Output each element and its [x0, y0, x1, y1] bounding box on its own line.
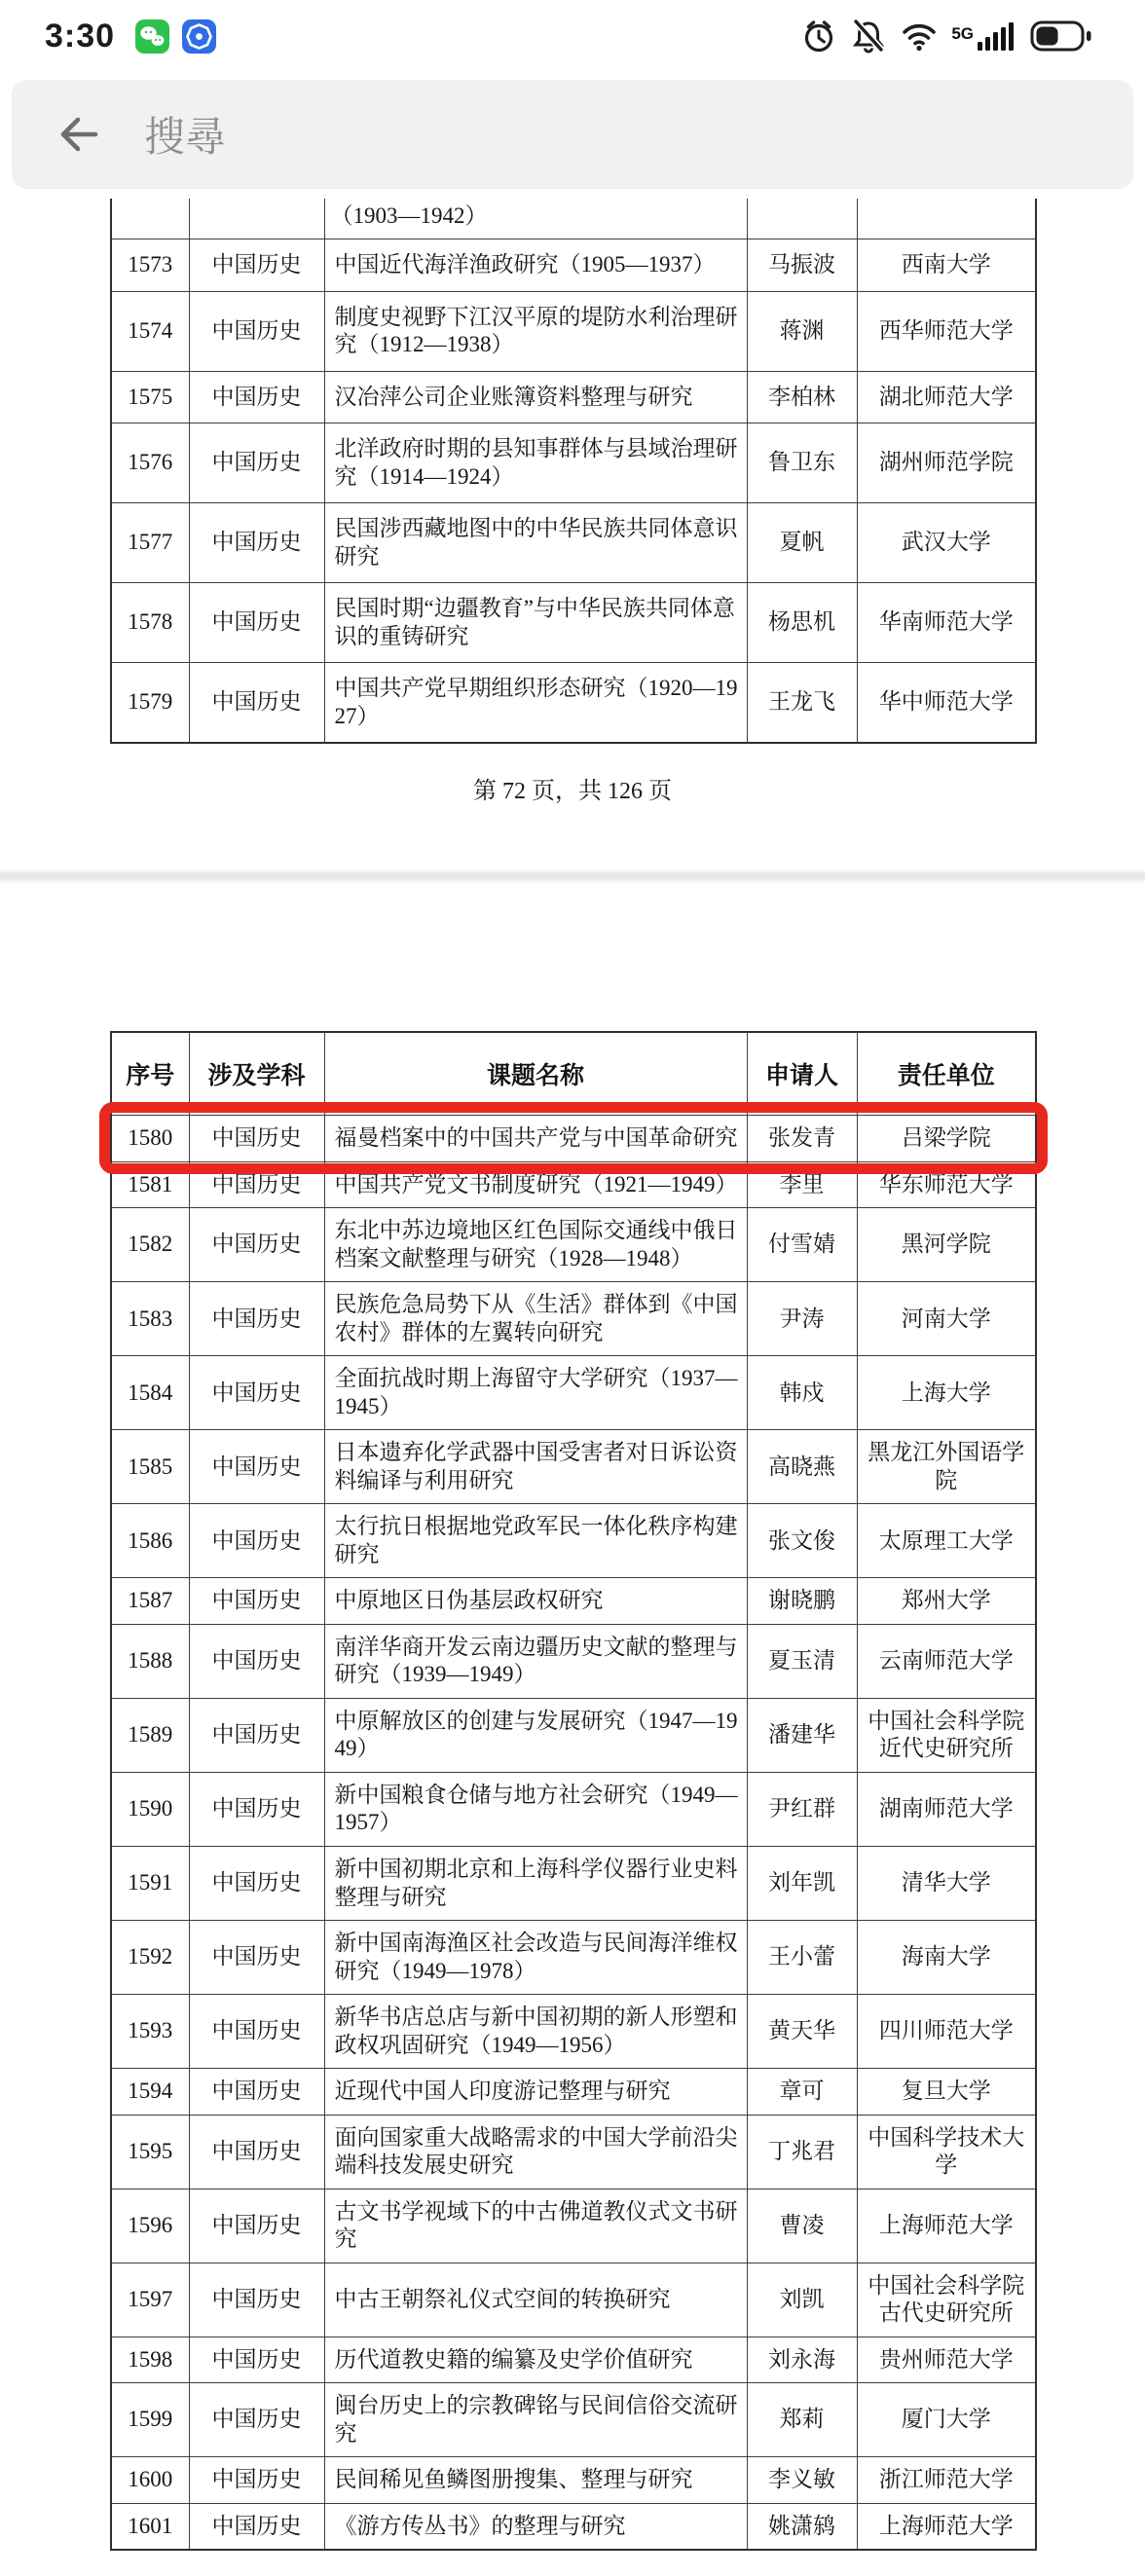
search-header: 搜尋 — [12, 80, 1133, 189]
cell-unit: 武汉大学 — [857, 503, 1036, 583]
cell-no: 1575 — [111, 371, 189, 423]
table-row: 1595中国历史面向国家重大战略需求的中国大学前沿尖端科技发展史研究丁兆君中国科… — [111, 2115, 1036, 2189]
cell-unit: 四川师范大学 — [857, 1995, 1036, 2069]
table-row: 1594中国历史近现代中国人印度游记整理与研究章可复旦大学 — [111, 2069, 1036, 2116]
cell-applicant: 夏玉清 — [747, 1624, 857, 1698]
cell-title: 面向国家重大战略需求的中国大学前沿尖端科技发展史研究 — [324, 2115, 747, 2189]
cell-unit: 云南师范大学 — [857, 1624, 1036, 1698]
cell-subject: 中国历史 — [189, 239, 324, 292]
cell-applicant: 马振波 — [747, 239, 857, 292]
page-break — [0, 869, 1145, 883]
cell-title: 汉冶萍公司企业账簿资料整理与研究 — [324, 371, 747, 423]
wechat-app-icon — [134, 18, 170, 55]
cell-unit: 上海师范大学 — [857, 2503, 1036, 2550]
cell-no: 1580 — [111, 1116, 189, 1162]
cell-no: 1574 — [111, 291, 189, 371]
cell-unit: 中国社会科学院近代史研究所 — [857, 1698, 1036, 1772]
cell-unit: 贵州师范大学 — [857, 2337, 1036, 2383]
cell-no: 1582 — [111, 1208, 189, 1282]
cell-title: （1903—1942） — [324, 199, 747, 239]
cell-applicant: 刘凯 — [747, 2263, 857, 2337]
cell-subject: 中国历史 — [189, 1772, 324, 1846]
cell-title: 北洋政府时期的县知事群体与县域治理研究（1914—1924） — [324, 423, 747, 503]
cell-no: 1587 — [111, 1578, 189, 1625]
cell-applicant: 丁兆君 — [747, 2115, 857, 2189]
cell-subject: 中国历史 — [189, 2503, 324, 2550]
cell-no: 1596 — [111, 2189, 189, 2263]
cell-subject: 中国历史 — [189, 1698, 324, 1772]
cell-unit: 中国科学技术大学 — [857, 2115, 1036, 2189]
cell-title: 全面抗战时期上海留守大学研究（1937—1945） — [324, 1356, 747, 1430]
table-row: 1587中国历史中原地区日伪基层政权研究谢晓鹏郑州大学 — [111, 1578, 1036, 1625]
page-title: 搜尋 — [144, 105, 226, 164]
cell-no: 1592 — [111, 1921, 189, 1995]
cell-no: 1597 — [111, 2263, 189, 2337]
cell-unit: 太原理工大学 — [857, 1504, 1036, 1578]
cell-unit: 上海师范大学 — [857, 2189, 1036, 2263]
table-row: 1591中国历史新中国初期北京和上海科学仪器行业史料整理与研究刘年凯清华大学 — [111, 1846, 1036, 1920]
cell-applicant: 鲁卫东 — [747, 423, 857, 503]
table-row: 1589中国历史中原解放区的创建与发展研究（1947—1949）潘建华中国社会科… — [111, 1698, 1036, 1772]
cell-no: 1577 — [111, 503, 189, 583]
cell-applicant: 黄天华 — [747, 1995, 857, 2069]
cell-unit — [857, 199, 1036, 239]
cell-title: 南洋华商开发云南边疆历史文献的整理与研究（1939—1949） — [324, 1624, 747, 1698]
cell-applicant: 高晓燕 — [747, 1430, 857, 1504]
table-row: 1590中国历史新中国粮食仓储与地方社会研究（1949—1957）尹红群湖南师范… — [111, 1772, 1036, 1846]
cell-subject: 中国历史 — [189, 2189, 324, 2263]
cell-subject: 中国历史 — [189, 2069, 324, 2116]
cell-subject: 中国历史 — [189, 1846, 324, 1920]
cell-no — [111, 199, 189, 239]
table-row: 1599中国历史闽台历史上的宗教碑铭与民间信俗交流研究郑莉厦门大学 — [111, 2383, 1036, 2457]
table-row: 1576中国历史北洋政府时期的县知事群体与县域治理研究（1914—1924）鲁卫… — [111, 423, 1036, 503]
cell-subject: 中国历史 — [189, 2337, 324, 2383]
cell-applicant: 姚潇鸫 — [747, 2503, 857, 2550]
cell-unit: 河南大学 — [857, 1282, 1036, 1356]
cell-no: 1599 — [111, 2383, 189, 2457]
table-row: 1592中国历史新中国南海渔区社会改造与民间海洋维权研究（1949—1978）王… — [111, 1921, 1036, 1995]
cell-title: 新华书店总店与新中国初期的新人形塑和政权巩固研究（1949—1956） — [324, 1995, 747, 2069]
cell-applicant: 张发青 — [747, 1116, 857, 1162]
cell-subject: 中国历史 — [189, 2263, 324, 2337]
cell-no: 1593 — [111, 1995, 189, 2069]
cell-subject: 中国历史 — [189, 1995, 324, 2069]
table-row: 1588中国历史南洋华商开发云南边疆历史文献的整理与研究（1939—1949）夏… — [111, 1624, 1036, 1698]
cell-title: 中原地区日伪基层政权研究 — [324, 1578, 747, 1625]
col-header-unit: 责任单位 — [857, 1032, 1036, 1116]
col-header-no: 序号 — [111, 1032, 189, 1116]
cell-subject: 中国历史 — [189, 1208, 324, 1282]
page-number-footer: 第 72 页，共 126 页 — [0, 771, 1145, 805]
table-row: 1585中国历史日本遗弃化学武器中国受害者对日诉讼资料编译与利用研究高晓燕黑龙江… — [111, 1430, 1036, 1504]
table-row: 1586中国历史太行抗日根据地党政军民一体化秩序构建研究张文俊太原理工大学 — [111, 1504, 1036, 1578]
cell-applicant: 韩戍 — [747, 1356, 857, 1430]
table-row: 1580中国历史福曼档案中的中国共产党与中国革命研究张发青吕梁学院 — [111, 1116, 1036, 1162]
table-row: 1578中国历史民国时期“边疆教育”与中华民族共同体意识的重铸研究杨思机华南师范… — [111, 583, 1036, 663]
cell-unit: 西南大学 — [857, 239, 1036, 292]
cell-no: 1585 — [111, 1430, 189, 1504]
cell-applicant: 李柏林 — [747, 371, 857, 423]
cell-title: 太行抗日根据地党政军民一体化秩序构建研究 — [324, 1504, 747, 1578]
cell-title: 民族危急局势下从《生活》群体到《中国农村》群体的左翼转向研究 — [324, 1282, 747, 1356]
cell-title: 日本遗弃化学武器中国受害者对日诉讼资料编译与利用研究 — [324, 1430, 747, 1504]
cell-subject: 中国历史 — [189, 291, 324, 371]
clock-label: 3:30 — [45, 18, 115, 55]
cell-applicant: 潘建华 — [747, 1698, 857, 1772]
cell-unit: 华东师范大学 — [857, 1161, 1036, 1208]
cell-subject: 中国历史 — [189, 583, 324, 663]
bell-off-icon — [850, 18, 887, 55]
cell-unit: 郑州大学 — [857, 1578, 1036, 1625]
table-row: 1582中国历史东北中苏边境地区红色国际交通线中俄日档案文献整理与研究（1928… — [111, 1208, 1036, 1282]
status-bar: 3:30 — [0, 0, 1145, 64]
cell-title: 新中国粮食仓储与地方社会研究（1949—1957） — [324, 1772, 747, 1846]
cell-title: 民国时期“边疆教育”与中华民族共同体意识的重铸研究 — [324, 583, 747, 663]
table-row: 1596中国历史古文书学视域下的中古佛道教仪式文书研究曹凌上海师范大学 — [111, 2189, 1036, 2263]
cell-subject: 中国历史 — [189, 1430, 324, 1504]
cell-title: 《游方传丛书》的整理与研究 — [324, 2503, 747, 2550]
cell-no: 1573 — [111, 239, 189, 292]
wifi-icon — [900, 18, 939, 54]
cell-no: 1588 — [111, 1624, 189, 1698]
cell-applicant: 王小蕾 — [747, 1921, 857, 1995]
cell-unit: 复旦大学 — [857, 2069, 1036, 2116]
table-row: 1577中国历史民国涉西藏地图中的中华民族共同体意识研究夏帆武汉大学 — [111, 503, 1036, 583]
cell-no: 1600 — [111, 2457, 189, 2504]
cell-no: 1598 — [111, 2337, 189, 2383]
back-button[interactable] — [53, 111, 103, 158]
cell-title: 新中国初期北京和上海科学仪器行业史料整理与研究 — [324, 1846, 747, 1920]
cell-no: 1579 — [111, 663, 189, 744]
table-row: 1581中国历史中国共产党文书制度研究（1921—1949）李里华东师范大学 — [111, 1161, 1036, 1208]
network-type-label: 5G — [951, 25, 974, 42]
cell-subject: 中国历史 — [189, 2115, 324, 2189]
cell-no: 1581 — [111, 1161, 189, 1208]
table-row: 1600中国历史民间稀见鱼鳞图册搜集、整理与研究李义敏浙江师范大学 — [111, 2457, 1036, 2504]
cell-applicant: 蒋渊 — [747, 291, 857, 371]
cell-applicant: 王龙飞 — [747, 663, 857, 744]
cell-subject: 中国历史 — [189, 2383, 324, 2457]
cell-unit: 西华师范大学 — [857, 291, 1036, 371]
cell-subject: 中国历史 — [189, 1116, 324, 1162]
cell-applicant: 李里 — [747, 1161, 857, 1208]
cell-unit: 中国社会科学院古代史研究所 — [857, 2263, 1036, 2337]
page-top-margin — [0, 883, 1145, 1031]
cell-no: 1590 — [111, 1772, 189, 1846]
cell-title: 闽台历史上的宗教碑铭与民间信俗交流研究 — [324, 2383, 747, 2457]
cell-no: 1576 — [111, 423, 189, 503]
battery-icon — [1030, 19, 1092, 53]
document-viewer[interactable]: （1903—1942） 1573中国历史中国近代海洋渔政研究（1905—1937… — [0, 189, 1145, 2576]
cell-title: 制度史视野下江汉平原的堤防水利治理研究（1912—1938） — [324, 291, 747, 371]
cell-subject: 中国历史 — [189, 503, 324, 583]
cell-title: 中原解放区的创建与发展研究（1947—1949） — [324, 1698, 747, 1772]
cell-subject — [189, 199, 324, 239]
cell-applicant: 付雪婧 — [747, 1208, 857, 1282]
cell-title: 古文书学视域下的中古佛道教仪式文书研究 — [324, 2189, 747, 2263]
cell-unit: 华中师范大学 — [857, 663, 1036, 744]
back-arrow-icon — [53, 111, 103, 158]
table-row: 1597中国历史中古王朝祭礼仪式空间的转换研究刘凯中国社会科学院古代史研究所 — [111, 2263, 1036, 2337]
cell-no: 1586 — [111, 1504, 189, 1578]
cell-unit: 湖北师范大学 — [857, 371, 1036, 423]
col-header-title: 课题名称 — [324, 1032, 747, 1116]
cell-subject: 中国历史 — [189, 1504, 324, 1578]
cell-applicant: 张文俊 — [747, 1504, 857, 1578]
col-header-applicant: 申请人 — [747, 1032, 857, 1116]
cell-subject: 中国历史 — [189, 1282, 324, 1356]
cell-no: 1584 — [111, 1356, 189, 1430]
cell-no: 1595 — [111, 2115, 189, 2189]
cell-title: 东北中苏边境地区红色国际交通线中俄日档案文献整理与研究（1928—1948） — [324, 1208, 747, 1282]
cell-no: 1589 — [111, 1698, 189, 1772]
cell-applicant: 章可 — [747, 2069, 857, 2116]
cell-applicant: 郑莉 — [747, 2383, 857, 2457]
cell-no: 1594 — [111, 2069, 189, 2116]
table-row: 1601中国历史《游方传丛书》的整理与研究姚潇鸫上海师范大学 — [111, 2503, 1036, 2550]
table-row-partial: （1903—1942） — [111, 199, 1036, 239]
table-row: 1579中国历史中国共产党早期组织形态研究（1920—1927）王龙飞华中师范大… — [111, 663, 1036, 744]
signal-bars-icon — [977, 18, 1017, 54]
cell-no: 1583 — [111, 1282, 189, 1356]
cell-applicant: 曹凌 — [747, 2189, 857, 2263]
cell-title: 中国共产党文书制度研究（1921—1949） — [324, 1161, 747, 1208]
cell-subject: 中国历史 — [189, 1921, 324, 1995]
cell-subject: 中国历史 — [189, 423, 324, 503]
cell-no: 1601 — [111, 2503, 189, 2550]
cell-unit: 黑龙江外国语学院 — [857, 1430, 1036, 1504]
cell-title: 民间稀见鱼鳞图册搜集、整理与研究 — [324, 2457, 747, 2504]
table-row: 1575中国历史汉冶萍公司企业账簿资料整理与研究李柏林湖北师范大学 — [111, 371, 1036, 423]
cell-applicant: 杨思机 — [747, 583, 857, 663]
cell-no: 1578 — [111, 583, 189, 663]
cell-applicant — [747, 199, 857, 239]
cell-applicant: 夏帆 — [747, 503, 857, 583]
cell-title: 中古王朝祭礼仪式空间的转换研究 — [324, 2263, 747, 2337]
cell-title: 民国涉西藏地图中的中华民族共同体意识研究 — [324, 503, 747, 583]
cell-subject: 中国历史 — [189, 663, 324, 744]
cell-applicant: 尹红群 — [747, 1772, 857, 1846]
alarm-icon — [800, 18, 837, 55]
cell-subject: 中国历史 — [189, 1356, 324, 1430]
cell-unit: 湖州师范学院 — [857, 423, 1036, 503]
table-row: 1573中国历史中国近代海洋渔政研究（1905—1937）马振波西南大学 — [111, 239, 1036, 292]
cell-applicant: 刘年凯 — [747, 1846, 857, 1920]
page-72-table: （1903—1942） 1573中国历史中国近代海洋渔政研究（1905—1937… — [110, 199, 1035, 744]
cell-applicant: 谢晓鹏 — [747, 1578, 857, 1625]
cell-subject: 中国历史 — [189, 1578, 324, 1625]
table-header-row: 序号 涉及学科 课题名称 申请人 责任单位 — [111, 1032, 1036, 1116]
signal-5g-icon: 5G — [951, 18, 1017, 54]
cell-applicant: 刘永海 — [747, 2337, 857, 2383]
cell-unit: 海南大学 — [857, 1921, 1036, 1995]
table-row: 1574中国历史制度史视野下江汉平原的堤防水利治理研究（1912—1938）蒋渊… — [111, 291, 1036, 371]
cell-unit: 上海大学 — [857, 1356, 1036, 1430]
cell-subject: 中国历史 — [189, 2457, 324, 2504]
cell-title: 福曼档案中的中国共产党与中国革命研究 — [324, 1116, 747, 1162]
cell-unit: 厦门大学 — [857, 2383, 1036, 2457]
table-row: 1598中国历史历代道教史籍的编纂及史学价值研究刘永海贵州师范大学 — [111, 2337, 1036, 2383]
cell-subject: 中国历史 — [189, 371, 324, 423]
table-row: 1584中国历史全面抗战时期上海留守大学研究（1937—1945）韩戍上海大学 — [111, 1356, 1036, 1430]
cell-unit: 清华大学 — [857, 1846, 1036, 1920]
cell-subject: 中国历史 — [189, 1624, 324, 1698]
table-row: 1593中国历史新华书店总店与新中国初期的新人形塑和政权巩固研究（1949—19… — [111, 1995, 1036, 2069]
cell-title: 新中国南海渔区社会改造与民间海洋维权研究（1949—1978） — [324, 1921, 747, 1995]
cell-applicant: 尹涛 — [747, 1282, 857, 1356]
table-row: 1583中国历史民族危急局势下从《生活》群体到《中国农村》群体的左翼转向研究尹涛… — [111, 1282, 1036, 1356]
browser-app-icon — [181, 18, 217, 55]
cell-unit: 华南师范大学 — [857, 583, 1036, 663]
page-73-table: 序号 涉及学科 课题名称 申请人 责任单位 1580中国历史福曼档案中的中国共产… — [110, 1031, 1035, 2551]
cell-unit: 湖南师范大学 — [857, 1772, 1036, 1846]
cell-unit: 吕梁学院 — [857, 1116, 1036, 1162]
cell-title: 中国共产党早期组织形态研究（1920—1927） — [324, 663, 747, 744]
cell-subject: 中国历史 — [189, 1161, 324, 1208]
cell-no: 1591 — [111, 1846, 189, 1920]
cell-title: 中国近代海洋渔政研究（1905—1937） — [324, 239, 747, 292]
cell-title: 近现代中国人印度游记整理与研究 — [324, 2069, 747, 2116]
cell-unit: 浙江师范大学 — [857, 2457, 1036, 2504]
col-header-subject: 涉及学科 — [189, 1032, 324, 1116]
cell-title: 历代道教史籍的编纂及史学价值研究 — [324, 2337, 747, 2383]
cell-applicant: 李义敏 — [747, 2457, 857, 2504]
cell-unit: 黑河学院 — [857, 1208, 1036, 1282]
